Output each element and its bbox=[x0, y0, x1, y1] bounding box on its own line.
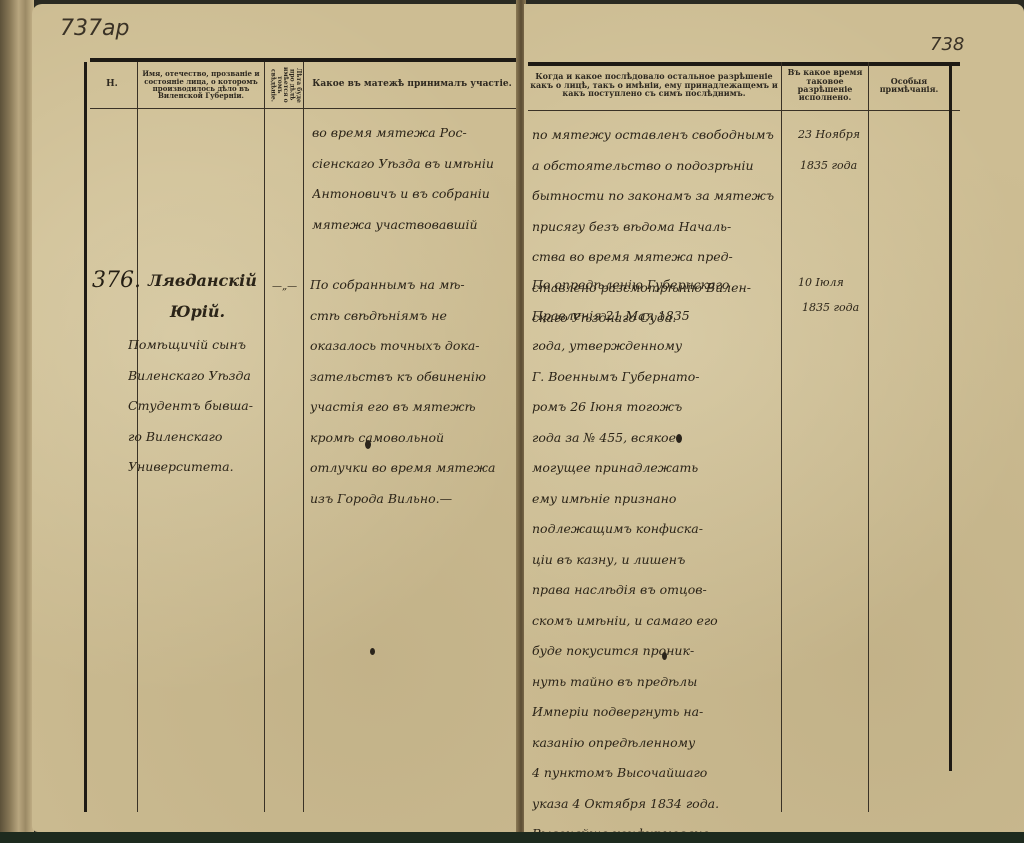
ink-blot bbox=[370, 648, 375, 655]
book-page-edges bbox=[0, 0, 34, 843]
column-header-number: Н. bbox=[88, 63, 136, 107]
entry-status: Помѣщичій сынъ Виленскаго Уѣзда Студентъ… bbox=[128, 330, 264, 483]
ink-blot bbox=[365, 440, 371, 449]
entry-age: —„— bbox=[272, 272, 297, 302]
entry-number: 376. bbox=[92, 268, 141, 293]
right-margin-rule bbox=[949, 66, 952, 771]
ink-blot bbox=[676, 434, 682, 443]
continued-participation-text: во время мятежа Рос- сіенскаго Уѣзда въ … bbox=[312, 118, 518, 240]
column-header-execution-time: Въ какое время таковое разрѣшеніе исполн… bbox=[784, 63, 866, 107]
column-divider bbox=[303, 62, 304, 812]
ink-blot bbox=[662, 652, 667, 660]
continued-execution-time: 23 Ноября 1835 года bbox=[790, 120, 868, 181]
folio-number-right: 738 bbox=[930, 34, 964, 55]
column-header-resolution: Когда и какое послѣдовало остальное разр… bbox=[530, 63, 778, 107]
column-header-name: Имя, отечество, прозваніе и состояніе ли… bbox=[140, 63, 262, 107]
entry-participation-text: По собраннымъ на мѣ- стѣ свѣдѣніямъ не о… bbox=[310, 270, 518, 514]
column-header-age: Лѣта буде про дѣлѣ имѣется о томъ свѣдѣн… bbox=[268, 63, 302, 107]
header-bottom-rule-left bbox=[90, 108, 518, 109]
column-header-participation: Какое въ матежѣ принималъ участіе. bbox=[306, 63, 518, 107]
left-margin-rule bbox=[84, 62, 87, 812]
column-header-remarks: Особыя примѣчанія. bbox=[870, 63, 948, 107]
scan-bottom-edge bbox=[0, 832, 1024, 843]
header-top-rule-left bbox=[90, 58, 518, 62]
column-divider bbox=[264, 62, 265, 812]
column-divider bbox=[868, 62, 869, 812]
entry-execution-time: 10 Іюля 1835 года bbox=[790, 268, 868, 323]
header-bottom-rule-right bbox=[528, 110, 960, 111]
entry-name: Лявданскій Юрій. bbox=[140, 266, 264, 327]
entry-resolution-text: По опредѣленію Губернскаго Правленія 21 … bbox=[532, 270, 782, 843]
folio-number-left: 737ар bbox=[60, 16, 129, 41]
